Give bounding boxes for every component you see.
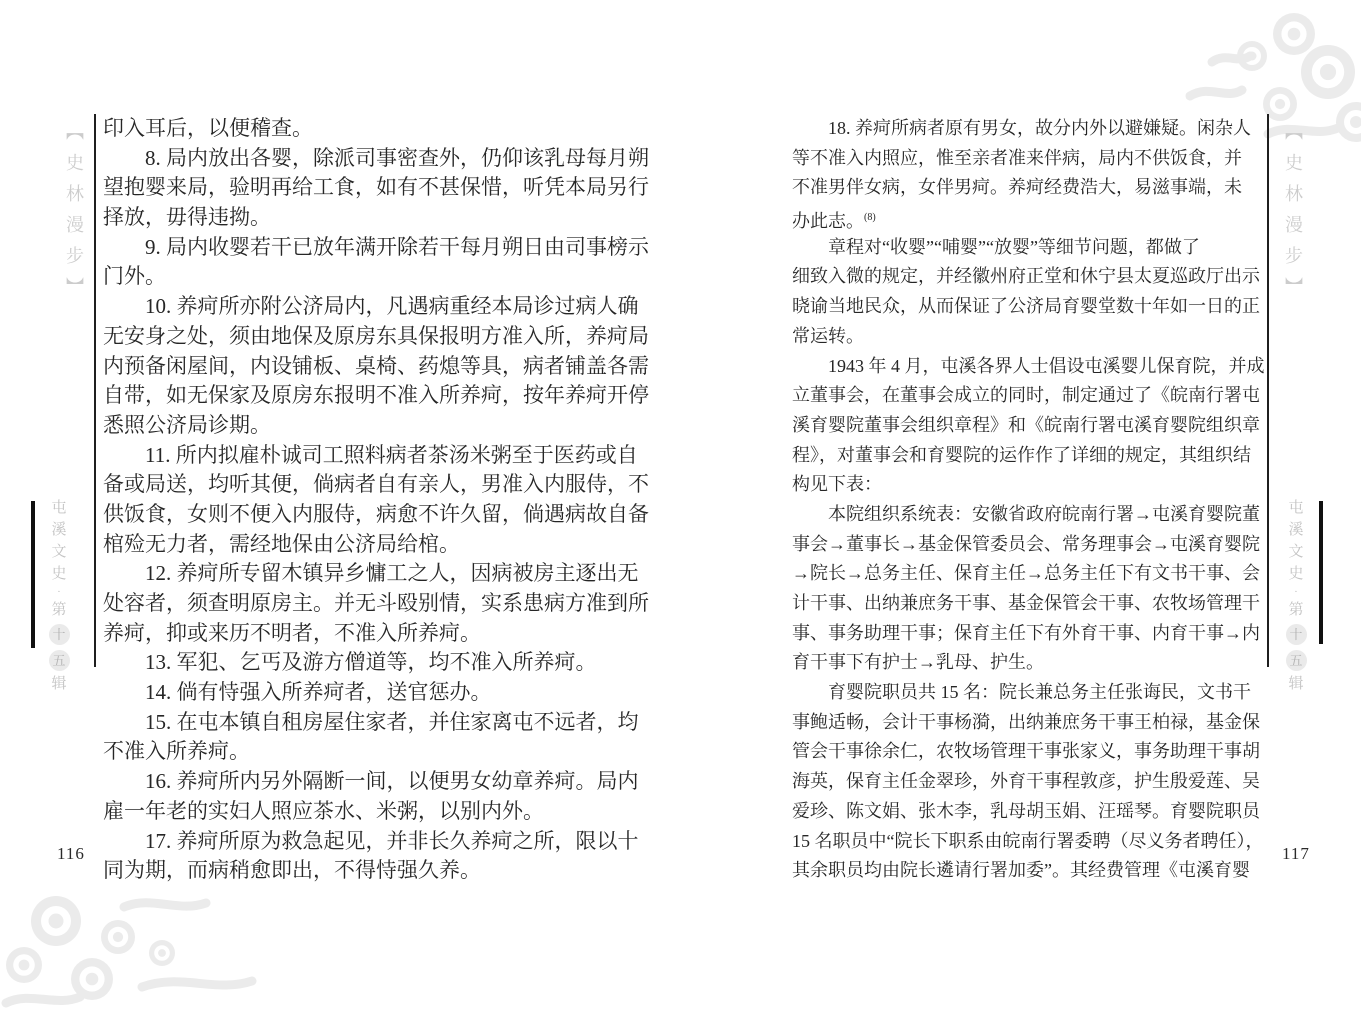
- footnote-marker: (8): [864, 212, 876, 223]
- text-line: 自带，如无保家及原房东报明不准入所养疴，按年养疴开停: [103, 381, 649, 411]
- text-line: 1943 年 4 月，屯溪各界人士倡设屯溪婴儿保育院，并成: [792, 352, 1265, 382]
- text-line: 同为期，而病稍愈即出，不得恃强久养。: [103, 856, 649, 886]
- text-line: 11. 所内拟雇朴诚司工照料病者茶汤米粥至于医药或自: [103, 441, 649, 471]
- series-char: 屯: [1288, 500, 1303, 517]
- series-label-right: 屯溪文史·第十五辑: [1283, 500, 1309, 693]
- text-line: 18. 养疴所病者原有男女，故分内外以避嫌疑。闲杂人: [792, 114, 1265, 144]
- text-line: 望抱婴来局，验明再给工食，如有不甚保惜，听凭本局另行: [103, 173, 649, 203]
- series-badge-char: 十: [49, 624, 70, 645]
- text-line: 不准入所养疴。: [103, 737, 649, 767]
- text-line: 计干事、出纳兼庶务干事、基金保管会干事、农牧场管理干: [792, 589, 1265, 619]
- text-line: 14. 倘有恃强入所养疴者，送官惩办。: [103, 678, 649, 708]
- cloud-ornament-bottom-left: [0, 891, 275, 1016]
- text-line: 8. 局内放出各婴，除派司事密查外，仍仰该乳母每月朔: [103, 144, 649, 174]
- text-line: 17. 养疴所原为救急起见，并非长久养疴之所，限以十: [103, 827, 649, 857]
- text-line: 9. 局内收婴若干已放年满开除若干每月朔日由司事榜示: [103, 233, 649, 263]
- text-line: 内预备闲屋间，内设铺板、桌椅、药熄等具，病者铺盖各需: [103, 352, 649, 382]
- left-page-text: 印入耳后，以便稽查。 8. 局内放出各婴，除派司事密查外，仍仰该乳母每月朔望抱婴…: [103, 114, 649, 886]
- series-char: 第: [1288, 602, 1303, 619]
- page-number-left: 116: [57, 844, 85, 864]
- text-line: 立董事会，在董事会成立的同时，制定通过了《皖南行署屯: [792, 381, 1265, 411]
- column-label-left: 【史林漫步】: [61, 122, 87, 308]
- text-line: 不准男伴女病，女伴男疴。养疴经费浩大，易滋事端，未: [792, 173, 1265, 203]
- text-line: 备或局送，均听其便，倘病者自有亲人，男准入内服侍，不: [103, 470, 649, 500]
- right-page-text: 18. 养疴所病者原有男女，故分内外以避嫌疑。闲杂人等不准入内照应，惟至亲者准来…: [792, 114, 1265, 886]
- series-accent-rule-left: [31, 501, 35, 648]
- text-line: 程》，对董事会和育婴院的运作作了详细的规定，其组织结: [792, 441, 1265, 471]
- series-char: 溪: [51, 522, 66, 539]
- margin-rule-right: [1267, 114, 1269, 667]
- column-label-right: 【史林漫步】: [1280, 122, 1306, 308]
- text-line: 悉照公济局诊期。: [103, 411, 649, 441]
- text-line: 16. 养疴所内另外隔断一间，以便男女幼章养疴。局内: [103, 767, 649, 797]
- text-line: 等不准入内照应，惟至亲者准来伴病，局内不供饭食，并: [792, 144, 1265, 174]
- text-line: 15. 在屯本镇自租房屋住家者，并住家离屯不远者，均: [103, 708, 649, 738]
- text-line: 择放，毋得违拗。: [103, 203, 649, 233]
- series-badge-char: 十: [1286, 624, 1307, 645]
- series-char: 第: [51, 602, 66, 619]
- series-char: 溪: [1288, 522, 1303, 539]
- text-line: 雇一年老的实妇人照应茶水、米粥，以别内外。: [103, 797, 649, 827]
- text-line: 本院组织系统表：安徽省政府皖南行署→屯溪育婴院董: [792, 500, 1265, 530]
- text-line: 管会干事徐余仁，农牧场管理干事张家义，事务助理干事胡: [792, 737, 1265, 767]
- series-char: 辑: [51, 676, 66, 693]
- text-line: 育干事下有护士→乳母、护生。: [792, 648, 1265, 678]
- series-char: 屯: [51, 500, 66, 517]
- series-char: 文: [51, 544, 66, 561]
- text-line: 常运转。: [792, 322, 1265, 352]
- text-line: 构见下表：: [792, 470, 1265, 500]
- text-line: 无安身之处，须由地保及原房东具保报明方准入所，养疴局: [103, 322, 649, 352]
- text-line: 印入耳后，以便稽查。: [103, 114, 649, 144]
- text-line: 12. 养疴所专留木镇异乡慵工之人，因病被房主逐出无: [103, 559, 649, 589]
- text-line: 供饭食，女则不便入内服侍，病愈不许久留，倘遇病故自备: [103, 500, 649, 530]
- page-number-right: 117: [1282, 844, 1310, 864]
- text-line: 事会→董事长→基金保管委员会、常务理事会→屯溪育婴院: [792, 530, 1265, 560]
- text-line: 棺殓无力者，需经地保由公济局给棺。: [103, 530, 649, 560]
- series-char: 史: [1288, 566, 1303, 583]
- margin-rule-left: [94, 114, 96, 667]
- series-char: 辑: [1288, 676, 1303, 693]
- series-accent-rule-right: [1319, 501, 1323, 644]
- text-line: →院长→总务主任、保育主任→总务主任下有文书干事、会: [792, 559, 1265, 589]
- text-line: 晓谕当地民众，从而保证了公济局育婴堂数十年如一日的正: [792, 292, 1265, 322]
- text-line: 其余职员均由院长遴请行署加委”。其经费管理《屯溪育婴: [792, 856, 1265, 886]
- text-line: 办此志。(8): [792, 203, 1265, 233]
- text-line: 细致入微的规定，并经徽州府正堂和休宁县太夏巡政厅出示: [792, 262, 1265, 292]
- series-badge-char: 五: [49, 650, 70, 671]
- text-line: 溪育婴院董事会组织章程》和《皖南行署屯溪育婴院组织章: [792, 411, 1265, 441]
- series-label-left: 屯溪文史·第十五辑: [46, 500, 72, 693]
- series-badge-char: 五: [1286, 650, 1307, 671]
- text-line: 处容者，须查明原房主。并无斗殴别情，实系患病方准到所: [103, 589, 649, 619]
- series-char: 史: [51, 566, 66, 583]
- series-char: ·: [1294, 588, 1298, 597]
- series-char: 文: [1288, 544, 1303, 561]
- text-line: 事、事务助理干事；保育主任下有外育干事、内育干事→内: [792, 619, 1265, 649]
- text-line: 10. 养疴所亦附公济局内，凡遇病重经本局诊过病人确: [103, 292, 649, 322]
- text-line: 章程对“收婴”“哺婴”“放婴”等细节问题，都做了: [792, 233, 1265, 263]
- series-char: ·: [57, 588, 61, 597]
- text-line: 养疴，抑或来历不明者，不准入所养疴。: [103, 619, 649, 649]
- text-line: 13. 军犯、乞丐及游方僧道等，均不准入所养疴。: [103, 648, 649, 678]
- text-line: 门外。: [103, 262, 649, 292]
- text-line: 爱珍、陈文娟、张木李，乳母胡玉娟、汪瑶琴。育婴院职员: [792, 797, 1265, 827]
- text-line: 海英，保育主任金翠珍，外育干事程敦彦，护生殷爱莲、吴: [792, 767, 1265, 797]
- text-line: 育婴院职员共 15 名：院长兼总务主任张诲民，文书干: [792, 678, 1265, 708]
- text-line: 事鲍适畅，会计干事杨漪，出纳兼庶务干事王柏禄，基金保: [792, 708, 1265, 738]
- text-line: 15 名职员中“院长下职系由皖南行署委聘（尽义务者聘任），: [792, 827, 1265, 857]
